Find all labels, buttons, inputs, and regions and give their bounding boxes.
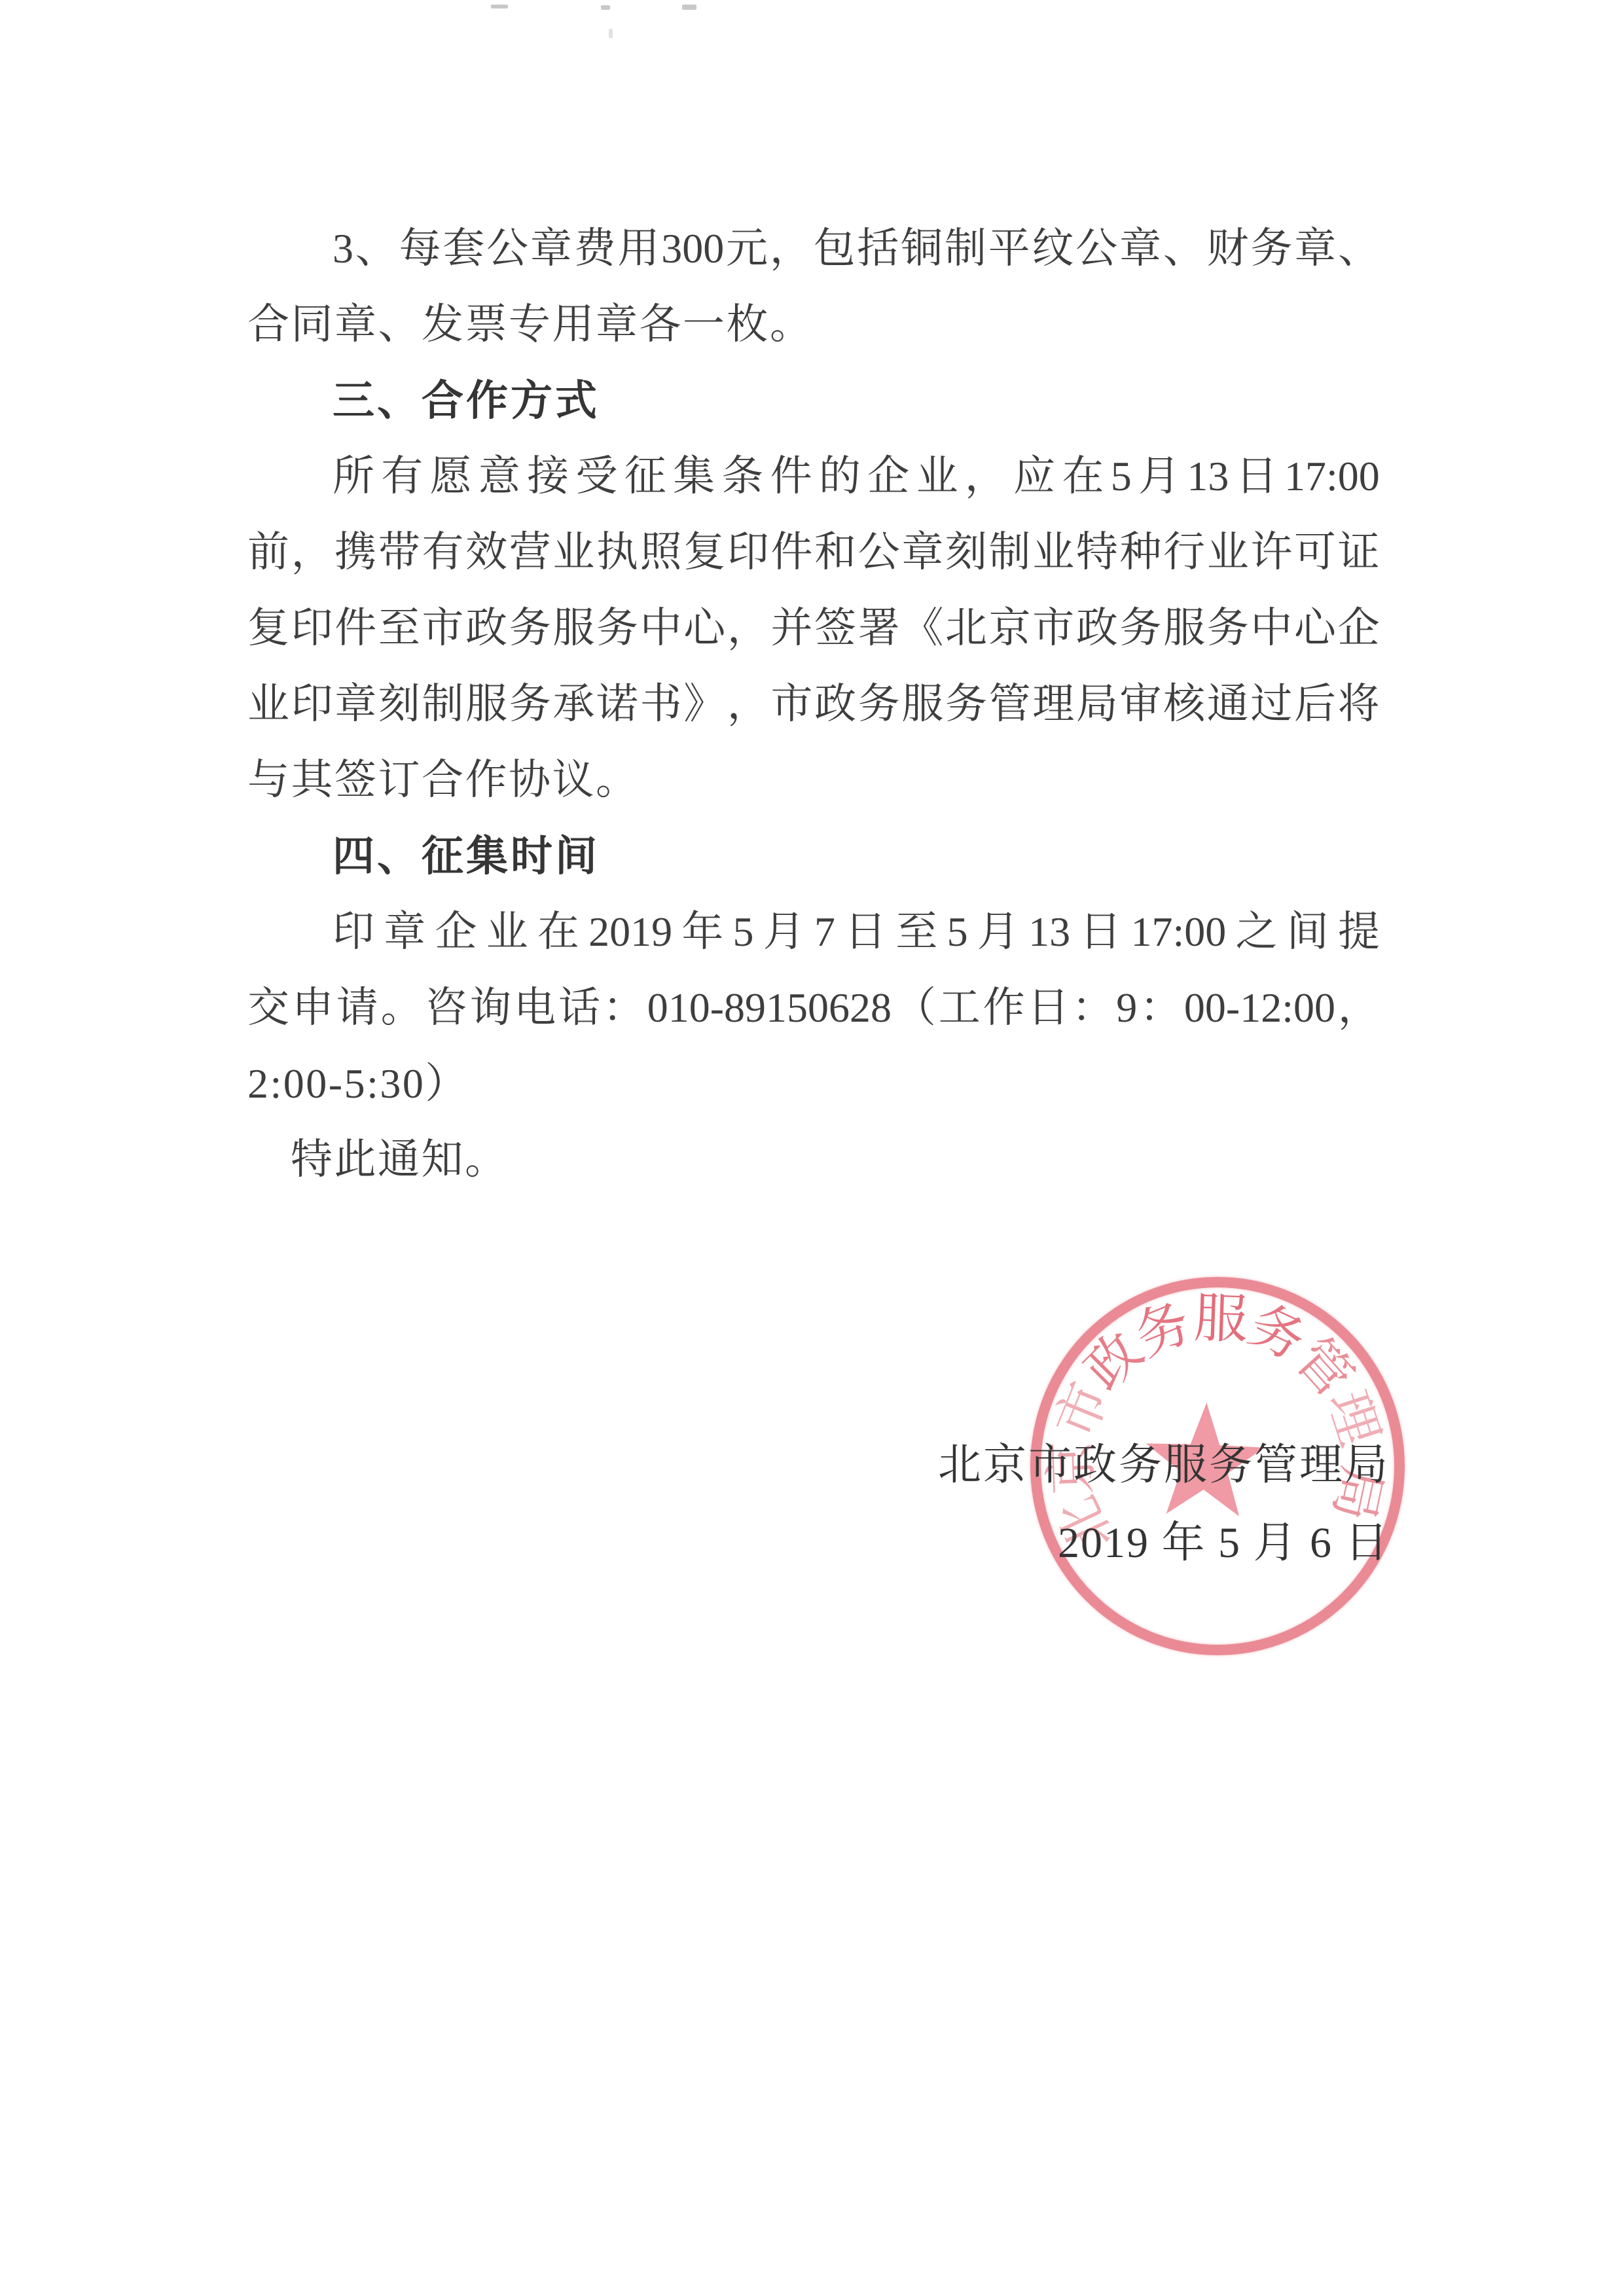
seal-ring-char: 服	[1193, 1291, 1250, 1348]
closing-line: 特此通知。	[247, 1122, 1380, 1198]
body-line: 前，携带有效营业执照复印件和公章刻制业特种行业许可证	[247, 514, 1380, 590]
scan-speck	[609, 29, 613, 38]
body-line: 所有愿意接受征集条件的企业，应在5月13日17:00	[247, 439, 1380, 514]
scan-speck	[601, 5, 610, 10]
section-heading-3: 三、合作方式	[247, 363, 1380, 439]
section-heading-4: 四、征集时间	[247, 818, 1380, 894]
body-line: 2:00-5:30）	[247, 1046, 1380, 1122]
body-line: 复印件至市政务服务中心，并签署《北京市政务服务中心企	[247, 590, 1380, 666]
document-page: 3、每套公章费用300元，包括铜制平纹公章、财务章、 合同章、发票专用章各一枚。…	[0, 0, 1624, 2296]
body-line: 3、每套公章费用300元，包括铜制平纹公章、财务章、	[247, 211, 1380, 287]
scan-speck	[682, 5, 696, 10]
signature-date: 2019 年 5 月 6 日	[1058, 1522, 1390, 1565]
body-line: 与其签订合作协议。	[247, 742, 1380, 818]
signature-org: 北京市政务服务管理局	[938, 1444, 1390, 1487]
body-line: 业印章刻制服务承诺书》，市政务服务管理局审核通过后将	[247, 666, 1380, 742]
body-line: 合同章、发票专用章各一枚。	[247, 287, 1380, 363]
body-line: 交申请。咨询电话：010-89150628（工作日：9：00-12:00，	[247, 970, 1380, 1046]
body-text: 3、每套公章费用300元，包括铜制平纹公章、财务章、 合同章、发票专用章各一枚。…	[247, 211, 1380, 1198]
scan-speck	[491, 5, 508, 9]
body-line: 印章企业在2019年5月7日至5月13日17:00之间提	[247, 894, 1380, 970]
